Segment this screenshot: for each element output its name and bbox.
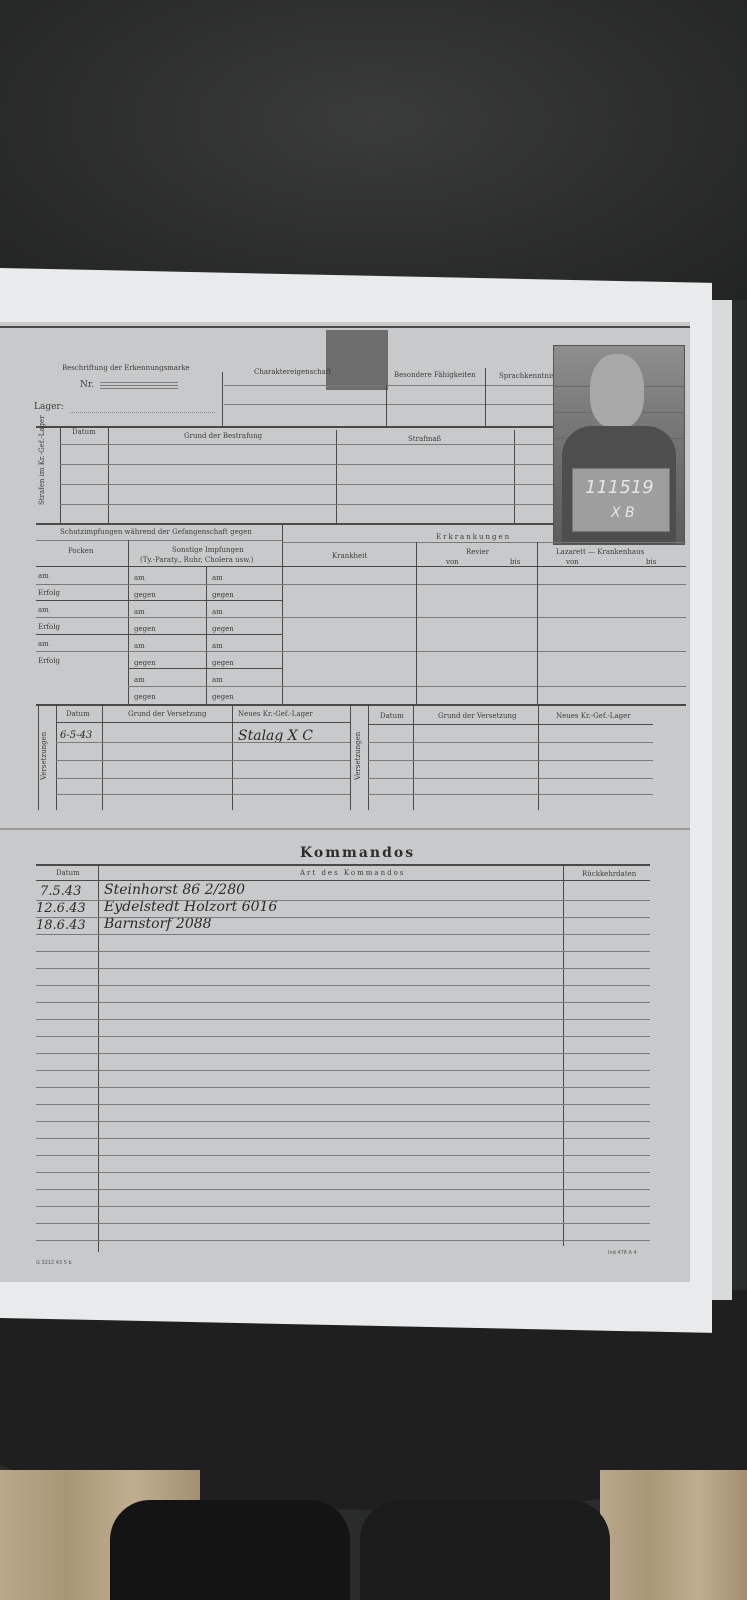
kommando-date-3: 18.6.43 <box>36 918 86 933</box>
kommandos-col-date: Datum <box>56 869 80 877</box>
kommando-entry-1: Steinhorst 86 2/280 <box>104 882 245 898</box>
kommandos-table: Datum Art des Kommandos Rückkehrdaten 7.… <box>0 0 747 1600</box>
kommando-date-1: 7.5.43 <box>40 884 81 899</box>
form-code-right: Ind 478 A 4 <box>608 1250 637 1256</box>
kommandos-col-type: Art des Kommandos <box>300 869 405 877</box>
kommandos-col-return: Rückkehrdaten <box>582 870 636 878</box>
kommando-entry-2: Eydelstedt Holzort 6016 <box>104 899 277 915</box>
kommando-entry-3: Barnstorf 2088 <box>104 916 212 932</box>
form-code-left: G 3212 43 5 b <box>36 1260 72 1266</box>
kommando-date-2: 12.6.43 <box>36 901 86 916</box>
